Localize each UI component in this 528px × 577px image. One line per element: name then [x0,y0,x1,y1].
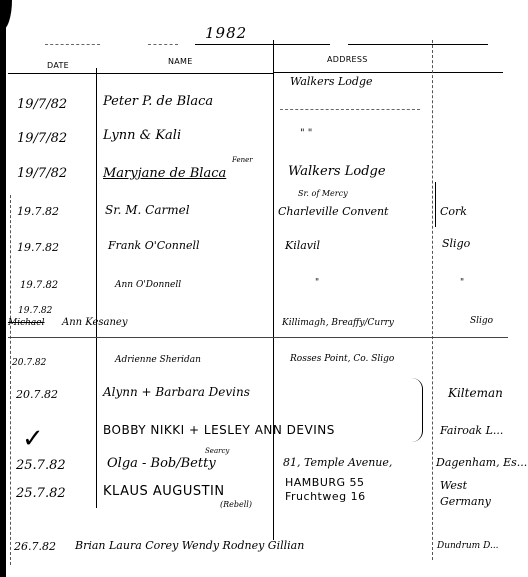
entry-address: 81, Temple Avenue, [283,456,392,469]
entry-name-note: Searcy [205,447,229,455]
entry-name: Adrienne Sheridan [115,355,201,365]
left-margin-line [10,195,11,565]
header-rule [45,44,100,45]
entry-name: Maryjane de Blaca [103,166,226,181]
entry-address: Killimagh, Breaffy/Curry [282,318,394,328]
entry-name-note: (Rebell) [220,500,252,509]
entry-name-note: Fener [232,156,253,164]
entry-name: BOBBY NIKKI + LESLEY ANN DEVINS [103,423,335,437]
entry-address: " [315,278,319,288]
entry-region: Fairoak L... [440,424,503,437]
row-rule [8,337,508,338]
entry-date: 19/7/82 [17,97,67,112]
checkmark-icon: ✓ [22,424,44,454]
header-rule [348,44,488,45]
entry-address: Rosses Point, Co. Sligo [290,354,394,364]
entry-region: Dagenham, Es... [436,456,527,469]
entry-date: 25.7.82 [16,486,66,501]
entry-name: Lynn & Kali [103,128,181,143]
entry-name: Olga - Bob/Betty [107,456,216,471]
entry-region: Cork [440,205,467,218]
entry-name: Brian Laura Corey Wendy Rodney Gillian [75,539,304,552]
entry-region: Dundrum D... [437,541,499,551]
entry-name: Peter P. de Blaca [103,94,213,109]
entry-address: Charleville Convent [278,205,388,218]
entry-region: West Germany [440,478,520,510]
column-header-date: DATE [47,61,69,70]
entry-date: 19.7.82 [17,241,59,254]
grouping-brace [412,378,423,442]
guestbook-page: 1982 DATE NAME ADDRESS Walkers Lodge 19/… [0,0,528,577]
entry-address: Walkers Lodge [288,164,386,179]
header-address-note: Walkers Lodge [290,75,373,88]
entry-name: KLAUS AUGUSTIN [103,484,225,499]
entry-name: Alynn + Barbara Devins [103,385,250,399]
entry-name: Sr. M. Carmel [105,203,190,217]
entry-name: Ann Kesaney [62,317,128,328]
date-name-divider [96,68,97,508]
entry-date: 20.7.82 [16,388,58,401]
entry-date: 19/7/82 [17,131,67,146]
entry-region: Sligo [470,316,493,326]
entry-date: 19.7.82 [17,205,59,218]
header-rule [195,44,330,45]
entry-address: Kilavil [285,239,320,252]
entry-date: 26.7.82 [14,540,56,553]
entry-date: 25.7.82 [16,458,66,473]
year-heading: 1982 [205,24,247,42]
name-address-divider [273,40,274,540]
ditto-line [280,109,420,110]
column-header-name: NAME [168,57,193,66]
entry-date: 20.7.82 [12,358,46,368]
header-rule [148,44,178,45]
entry-region: Kilteman [448,386,503,400]
entry-region: Sligo [442,237,470,250]
entry-date: 19.7.82 [18,306,52,316]
entry-address: HAMBURG 55 Fruchtweg 16 [285,476,425,504]
entry-date: 19/7/82 [17,166,67,181]
region-divider [435,182,436,227]
column-header-address: ADDRESS [327,55,368,64]
entry-name-struck: Michael [8,318,45,328]
entry-name: Ann O'Donnell [115,280,181,290]
entry-region: " [460,278,464,288]
scan-edge-corner [0,0,12,30]
address-region-divider [432,40,433,560]
entry-name: Frank O'Connell [108,239,200,252]
entry-address: " " [300,128,312,139]
header-bottom-rule [273,72,503,73]
entry-address-note: Sr. of Mercy [298,189,348,198]
scan-edge-shadow [0,0,6,577]
entry-date: 19.7.82 [20,280,58,291]
header-bottom-rule [8,73,273,74]
